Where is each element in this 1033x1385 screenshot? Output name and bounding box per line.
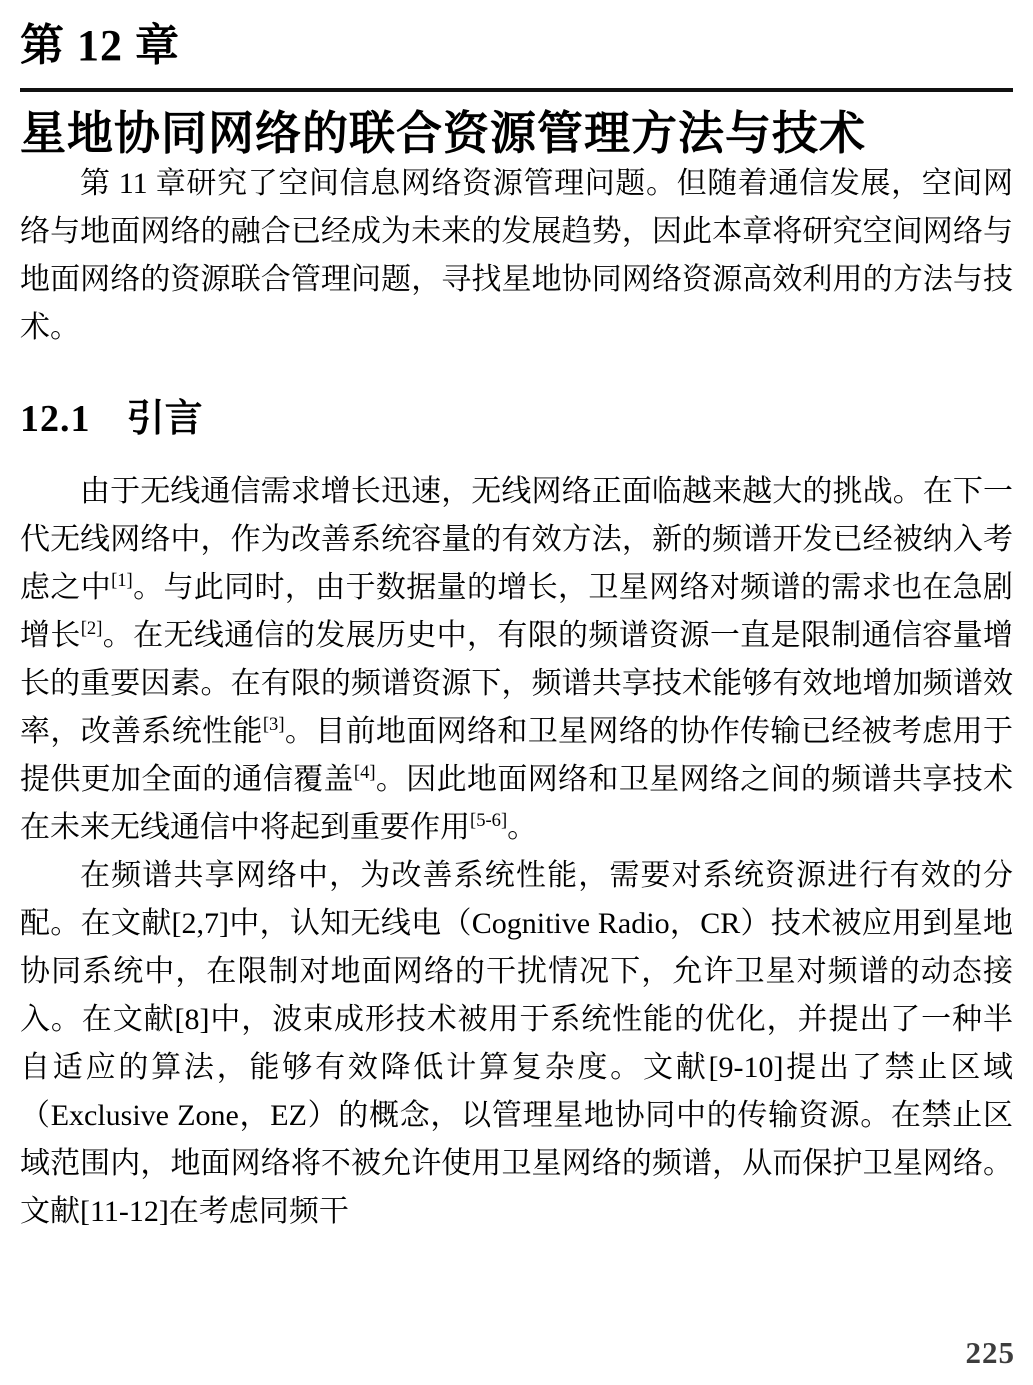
citation-superscript: [4] <box>354 762 376 783</box>
citation-superscript: [5-6] <box>470 810 507 831</box>
section-number: 12.1 <box>20 398 91 440</box>
citation-superscript: [2] <box>81 618 103 639</box>
chapter-header: 第 12 章 星地协同网络的联合资源管理方法与技术 <box>20 22 1013 160</box>
text-run: 在频谱共享网络中，为改善系统性能，需要对系统资源进行有效的分配。在文献[2,7]… <box>20 859 1013 1228</box>
chapter-divider <box>20 88 1013 92</box>
citation-superscript: [3] <box>263 714 285 735</box>
body-paragraph-1: 由于无线通信需求增长迅速，无线网络正面临越来越大的挑战。在下一代无线网络中，作为… <box>20 468 1013 852</box>
page-body: 第 11 章研究了空间信息网络资源管理问题。但随着通信发展，空间网络与地面网络的… <box>20 160 1013 1236</box>
chapter-number: 第 12 章 <box>20 22 1013 70</box>
section-title: 引言 <box>127 398 203 440</box>
citation-superscript: [1] <box>111 570 133 591</box>
intro-paragraph: 第 11 章研究了空间信息网络资源管理问题。但随着通信发展，空间网络与地面网络的… <box>20 160 1013 352</box>
text-run: 第 11 章研究了空间信息网络资源管理问题。但随着通信发展，空间网络与地面网络的… <box>20 167 1013 344</box>
section-heading: 12.1引言 <box>20 398 1013 440</box>
chapter-title: 星地协同网络的联合资源管理方法与技术 <box>20 108 1013 160</box>
book-page: 第 12 章 星地协同网络的联合资源管理方法与技术 第 11 章研究了空间信息网… <box>0 0 1033 1385</box>
page-number: 225 <box>966 1335 1016 1371</box>
body-paragraph-2: 在频谱共享网络中，为改善系统性能，需要对系统资源进行有效的分配。在文献[2,7]… <box>20 852 1013 1236</box>
text-run: 。 <box>507 811 537 844</box>
